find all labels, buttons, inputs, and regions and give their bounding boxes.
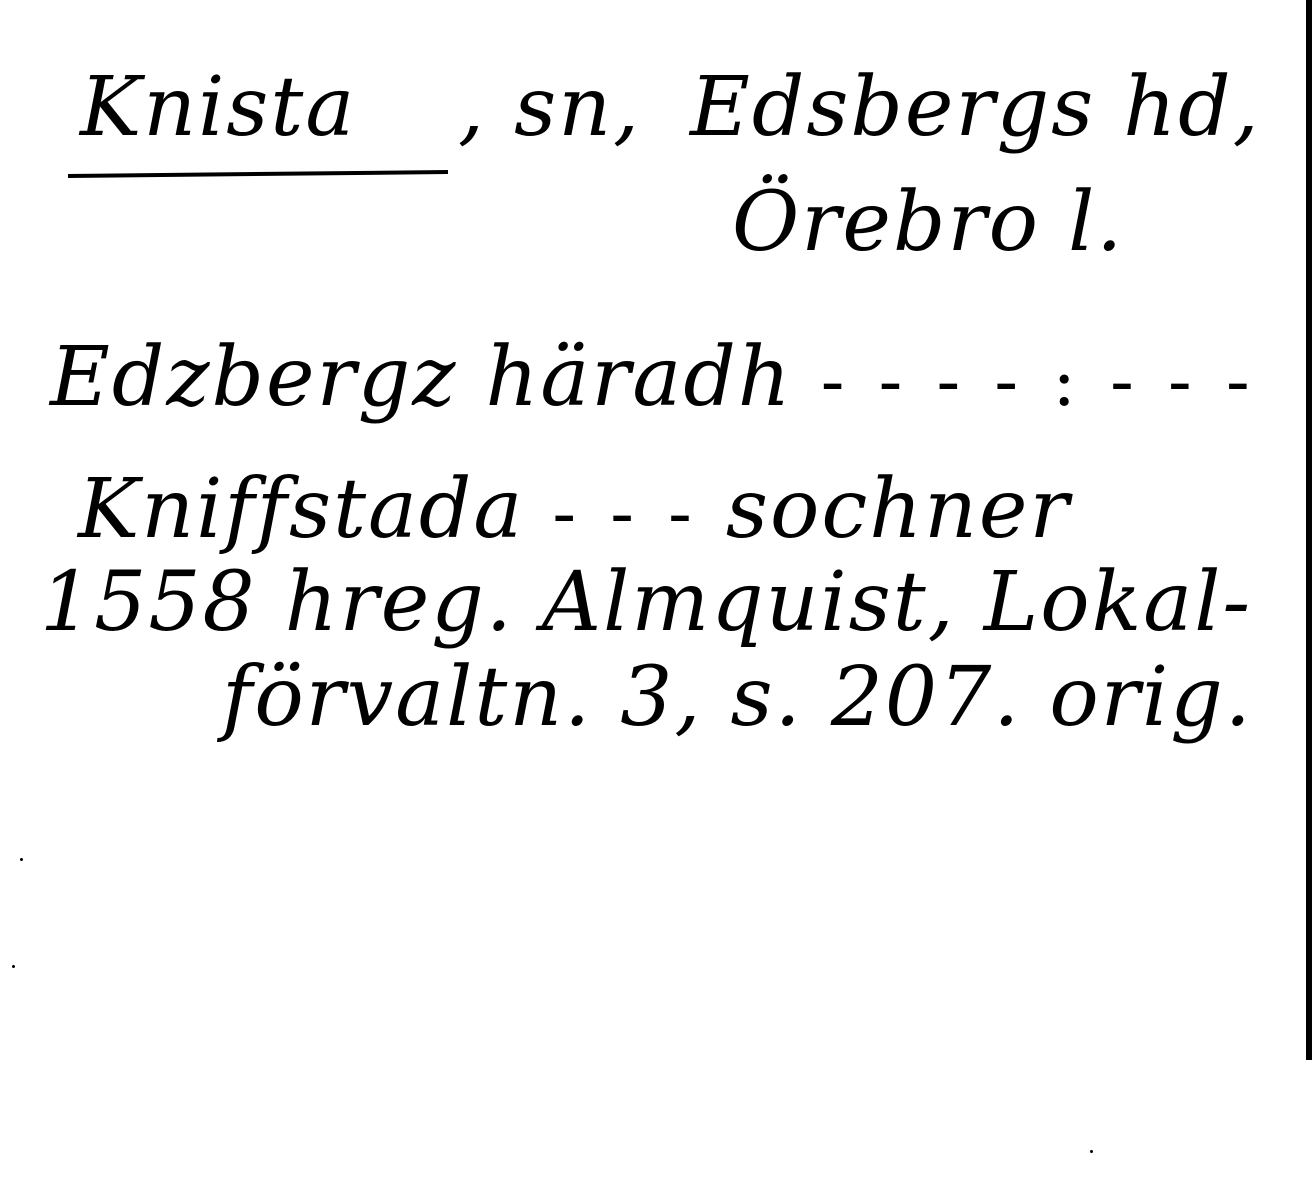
body-line-2-trailing: sochner [726, 462, 1071, 557]
county-name: Örebro l. [732, 175, 1124, 270]
hundred-name: Edsbergs hd, [690, 60, 1261, 155]
index-card: Knista , sn, Edsbergs hd, Örebro l. Edzb… [0, 0, 1315, 1201]
body-line-2: Kniffstada - - - sochner [78, 462, 1071, 557]
place-name-heading: Knista [80, 60, 356, 155]
body-line-2-dashes: - - - [552, 472, 697, 554]
paper-speck [20, 858, 23, 861]
place-name-underline [68, 170, 448, 178]
parish-abbrev-text: sn, [514, 60, 641, 155]
paper-speck [1090, 1150, 1093, 1153]
body-line-2-text: Kniffstada [78, 462, 524, 557]
body-line-1-text: Edzbergz häradh [50, 330, 793, 425]
body-line-3: 1558 hreg. Almquist, Lokal- [40, 555, 1252, 650]
comma-separator: , [458, 60, 486, 155]
body-line-1: Edzbergz häradh - - - - : - - - [50, 330, 1256, 425]
body-line-4: förvaltn. 3, s. 207. orig. [222, 650, 1253, 745]
body-line-1-dashes: - - - - : - - - [821, 340, 1256, 422]
parish-abbrev: , sn, [458, 60, 641, 155]
paper-speck [12, 965, 15, 968]
place-name: Knista [80, 60, 356, 155]
card-right-edge [1306, 0, 1312, 1060]
